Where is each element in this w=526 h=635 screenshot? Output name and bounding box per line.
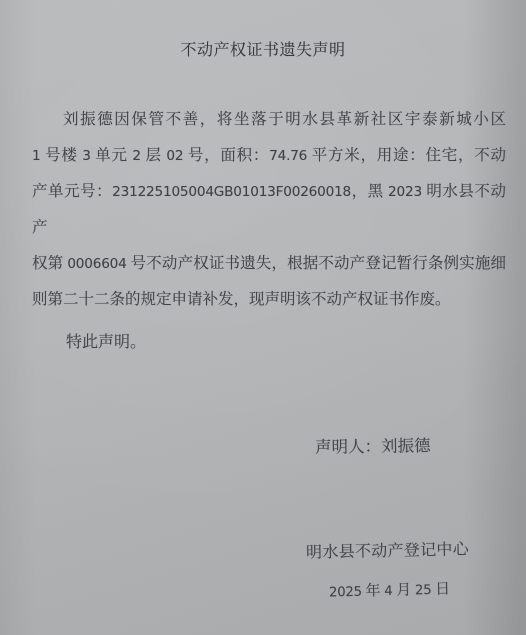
- body-line-2: 1 号楼 3 单元 2 层 02 号，面积：74.76 平方米，用途：住宅，不动: [32, 138, 506, 174]
- body-line-4: 权第 0006604 号不动产权证书遗失，根据不动产登记暂行条例实施细: [32, 246, 506, 282]
- body-line-5: 则第二十二条的规定申请补发，现声明该不动产权证书作废。: [32, 282, 506, 318]
- body-line-3: 产单元号：231225105004GB01013F00260018，黑 2023…: [32, 174, 506, 246]
- date-line: 2025 年 4 月 25 日: [329, 578, 451, 602]
- document-title: 不动产权证书遗失声明: [0, 37, 526, 60]
- closing-line: 特此声明。: [66, 329, 146, 352]
- issuer-line: 明水县不动产登记中心: [306, 536, 469, 562]
- body-line-1: 刘振德因保管不善，将坐落于明水县革新社区宇泰新城小区: [32, 102, 506, 138]
- declarant-line: 声明人：刘振德: [315, 432, 431, 458]
- statement-body: 刘振德因保管不善，将坐落于明水县革新社区宇泰新城小区 1 号楼 3 单元 2 层…: [32, 102, 506, 318]
- document-photo: 不动产权证书遗失声明 刘振德因保管不善，将坐落于明水县革新社区宇泰新城小区 1 …: [0, 0, 526, 635]
